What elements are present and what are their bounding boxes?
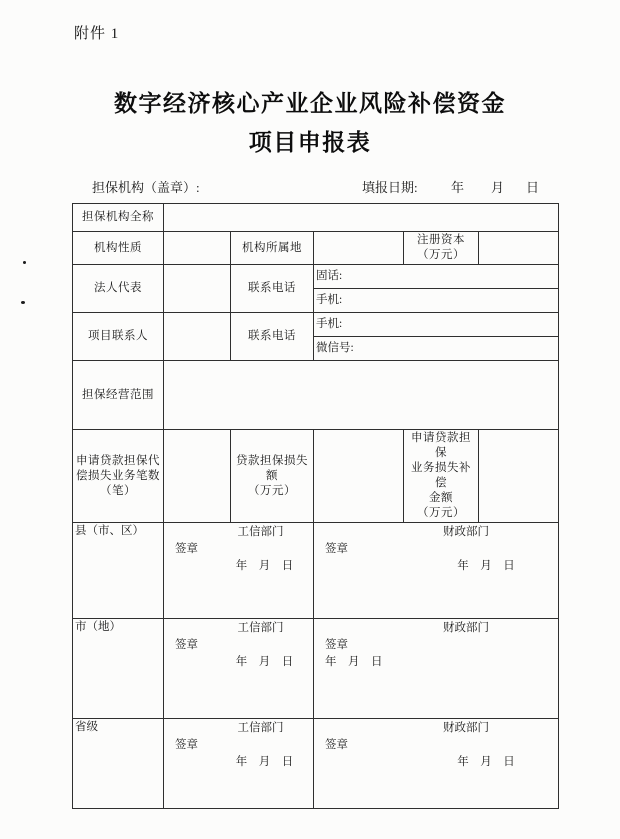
form-title-line2: 项目申报表 bbox=[0, 123, 620, 162]
city-finance-dept-sign-cell: 财政部门 签章 年 月 日 bbox=[314, 619, 559, 719]
scan-artifact-dot bbox=[21, 301, 25, 304]
org-nature-field bbox=[164, 232, 231, 265]
business-scope-label: 担保经营范围 bbox=[73, 361, 164, 430]
sign-date-line: 年 月 日 bbox=[166, 654, 311, 671]
sign-date-line: 年 月 日 bbox=[316, 558, 556, 575]
industry-dept-label: 工信部门 bbox=[166, 720, 311, 737]
industry-dept-label: 工信部门 bbox=[166, 524, 311, 541]
loan-claims-count-field bbox=[164, 430, 231, 523]
city-industry-dept-sign-cell: 工信部门 签章 年 月 日 bbox=[164, 619, 314, 719]
sign-level-city-label: 市（地） bbox=[73, 619, 164, 719]
project-contact-label: 项目联系人 bbox=[73, 313, 164, 361]
compensation-amount-label: 申请贷款担保 业务损失补偿 金额 （万元） bbox=[404, 430, 479, 523]
sign-date-line: 年 月 日 bbox=[316, 654, 556, 671]
guarantee-loss-label: 贷款担保损失额 （万元） bbox=[231, 430, 314, 523]
county-finance-dept-sign-cell: 财政部门 签章 年 月 日 bbox=[314, 523, 559, 619]
project-mobile-field: 手机: bbox=[314, 313, 559, 337]
seal-label: 签章 bbox=[316, 737, 556, 754]
landline-field: 固话: bbox=[314, 265, 559, 289]
county-industry-dept-sign-cell: 工信部门 签章 年 月 日 bbox=[164, 523, 314, 619]
sign-date-line: 年 月 日 bbox=[166, 558, 311, 575]
org-nature-label: 机构性质 bbox=[73, 232, 164, 265]
scan-artifact-dot bbox=[23, 261, 26, 264]
industry-dept-label: 工信部门 bbox=[166, 620, 311, 637]
province-industry-dept-sign-cell: 工信部门 签章 年 月 日 bbox=[164, 719, 314, 809]
fill-date-label: 填报日期: bbox=[362, 177, 418, 196]
seal-label: 签章 bbox=[166, 637, 311, 654]
seal-label: 签章 bbox=[316, 541, 556, 558]
sign-level-province-label: 省级 bbox=[73, 719, 164, 809]
finance-dept-label: 财政部门 bbox=[316, 620, 556, 637]
application-form-table: 担保机构全称 机构性质 机构所属地 注册资本 （万元） 法人代表 联系电话 固话… bbox=[72, 203, 559, 809]
wechat-field: 微信号: bbox=[314, 337, 559, 361]
seal-label: 签章 bbox=[166, 737, 311, 754]
attachment-label: 附件 1 bbox=[74, 22, 119, 43]
month-label: 月 bbox=[491, 177, 504, 196]
seal-label: 签章 bbox=[316, 637, 556, 654]
sign-level-county-label: 县（市、区） bbox=[73, 523, 164, 619]
business-scope-field bbox=[164, 361, 559, 430]
finance-dept-label: 财政部门 bbox=[316, 720, 556, 737]
contact-phone-label: 联系电话 bbox=[231, 265, 314, 313]
province-finance-dept-sign-cell: 财政部门 签章 年 月 日 bbox=[314, 719, 559, 809]
loan-claims-count-label: 申请贷款担保代 偿损失业务笔数 （笔） bbox=[73, 430, 164, 523]
year-label: 年 bbox=[451, 177, 464, 196]
registered-capital-field bbox=[479, 232, 559, 265]
form-title-line1: 数字经济核心产业企业风险补偿资金 bbox=[0, 84, 620, 123]
sign-date-line: 年 月 日 bbox=[316, 754, 556, 771]
registered-capital-label: 注册资本 （万元） bbox=[404, 232, 479, 265]
mobile-field: 手机: bbox=[314, 289, 559, 313]
org-region-label: 机构所属地 bbox=[231, 232, 314, 265]
compensation-amount-field bbox=[479, 430, 559, 523]
org-full-name-label: 担保机构全称 bbox=[73, 204, 164, 232]
form-meta-row: 担保机构（盖章）: 填报日期: 年 月 日 bbox=[0, 177, 620, 197]
guarantee-loss-field bbox=[314, 430, 404, 523]
org-seal-label: 担保机构（盖章）: bbox=[92, 177, 200, 196]
org-full-name-field bbox=[164, 204, 559, 232]
day-label: 日 bbox=[526, 177, 539, 196]
contact-phone-label: 联系电话 bbox=[231, 313, 314, 361]
project-contact-field bbox=[164, 313, 231, 361]
seal-label: 签章 bbox=[166, 541, 311, 558]
legal-rep-label: 法人代表 bbox=[73, 265, 164, 313]
org-region-field bbox=[314, 232, 404, 265]
form-title: 数字经济核心产业企业风险补偿资金 项目申报表 bbox=[0, 84, 620, 162]
sign-date-line: 年 月 日 bbox=[166, 754, 311, 771]
finance-dept-label: 财政部门 bbox=[316, 524, 556, 541]
scanned-form-page: 附件 1 数字经济核心产业企业风险补偿资金 项目申报表 担保机构（盖章）: 填报… bbox=[0, 0, 620, 839]
legal-rep-field bbox=[164, 265, 231, 313]
